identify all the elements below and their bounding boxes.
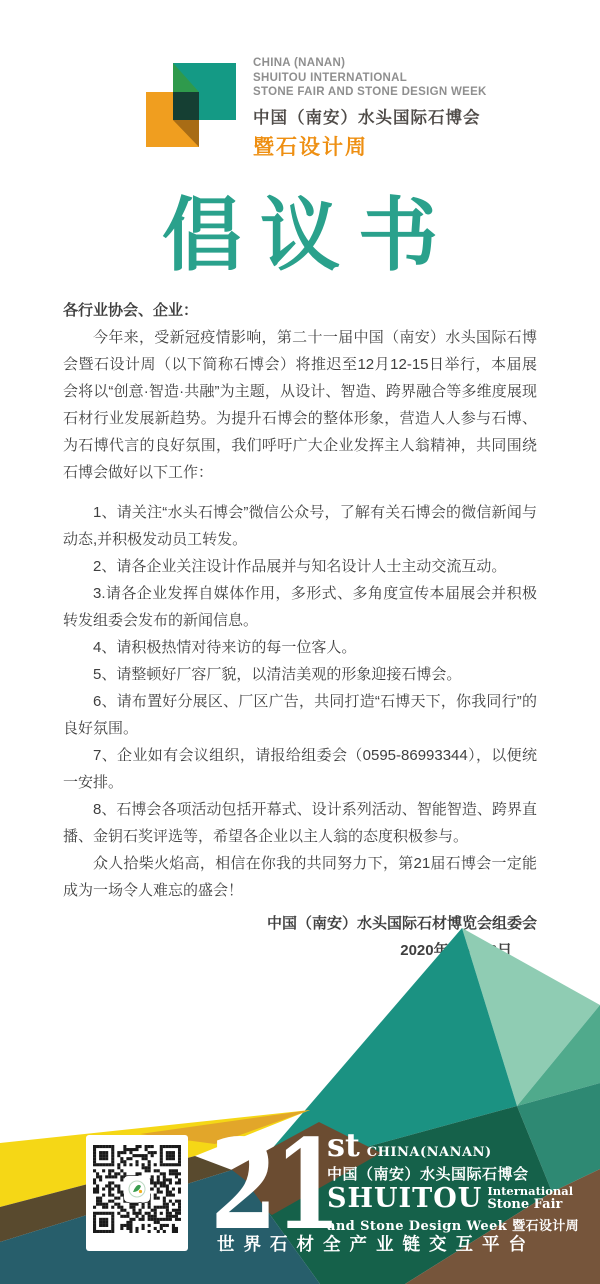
- page-title: 倡议书: [0, 192, 600, 278]
- brand-cn-line1: 中国（南安）水头国际石博会: [253, 104, 487, 128]
- brand-text: CHINA (NANAN) SHUITOU INTERNATIONAL STON…: [253, 55, 487, 161]
- brand-header: CHINA (NANAN) SHUITOU INTERNATIONAL STON…: [141, 55, 487, 161]
- brand-en-line1: CHINA (NANAN): [253, 56, 487, 71]
- footer-intl-line2: Stone Fair: [487, 1198, 573, 1211]
- closing-paragraph: 众人拾柴火焰高，相信在你我的共同努力下，第21届石博会一定能成为一场令人难忘的盛…: [63, 850, 537, 904]
- action-item-6: 6、请布置好分展区、厂区广告，共同打造“石博天下，你我同行”的良好氛围。: [63, 688, 537, 742]
- footer-tagline: 世界石材全产业链交互平台: [217, 1231, 535, 1256]
- qr-code: [86, 1135, 188, 1251]
- edition-ordinal: st: [327, 1132, 360, 1158]
- footer-title-block: st CHINA(NANAN) 中国（南安）水头国际石博会 SHUITOU In…: [327, 1132, 579, 1234]
- action-item-5: 5、请整顿好厂容厂貌，以清洁美观的形象迎接石博会。: [63, 661, 537, 688]
- action-item-1: 1、请关注“水头石博会”微信公众号，了解有关石博会的微信新闻与动态,并积极发动员…: [63, 499, 537, 553]
- edition-number: 21: [210, 1136, 338, 1236]
- salutation: 各行业协会、企业：: [63, 297, 537, 324]
- footer-intl-line1: International: [487, 1186, 573, 1198]
- action-item-3: 3.请各企业发挥自媒体作用，多形式、多角度宣传本届展会并积极转发组委会发布的新闻…: [63, 580, 537, 634]
- footer-en-line1: CHINA(NANAN): [367, 1145, 492, 1160]
- action-item-8: 8、石博会各项活动包括开幕式、设计系列活动、智能智造、跨界直播、金钥石奖评选等，…: [63, 796, 537, 850]
- poster-page: CHINA (NANAN) SHUITOU INTERNATIONAL STON…: [0, 0, 600, 1284]
- intro-paragraph: 今年来，受新冠疫情影响，第二十一届中国（南安）水头国际石博会暨石设计周（以下简称…: [63, 324, 537, 486]
- footer-banner: 21 st CHINA(NANAN) 中国（南安）水头国际石博会 SHUITOU…: [0, 920, 600, 1284]
- action-item-7: 7、企业如有会议组织，请报给组委会（0595-86993344），以便统一安排。: [63, 742, 537, 796]
- qr-center-logo-icon: [124, 1176, 150, 1202]
- stone-fair-logo-icon: [141, 55, 238, 150]
- brand-en-line2: SHUITOU INTERNATIONAL: [253, 71, 487, 86]
- letter-body: 各行业协会、企业： 今年来，受新冠疫情影响，第二十一届中国（南安）水头国际石博会…: [63, 297, 537, 964]
- footer-cn-line1: 中国（南安）水头国际石博会: [327, 1163, 579, 1184]
- action-item-2: 2、请各企业关注设计作品展并与知名设计人士主动交流互动。: [63, 553, 537, 580]
- footer-shuitou: SHUITOU: [327, 1186, 482, 1211]
- brand-en-line3: STONE FAIR AND STONE DESIGN WEEK: [253, 85, 487, 100]
- brand-cn-line2: 暨石设计周: [253, 131, 487, 161]
- action-item-4: 4、请积极热情对待来访的每一位客人。: [63, 634, 537, 661]
